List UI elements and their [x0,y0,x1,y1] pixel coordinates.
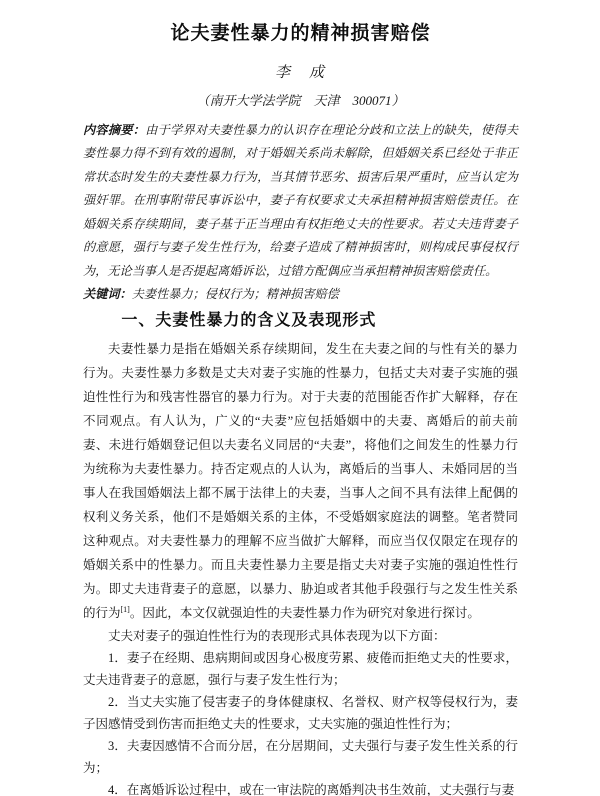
paragraph-definition: 夫妻性暴力是指在婚姻关系存续期间，发生在夫妻之间的与性有关的暴力行为。夫妻性暴力… [83,337,518,625]
paper-title: 论夫妻性暴力的精神损害赔偿 [83,22,518,47]
list-item-2: 2．当丈夫实施了侵害妻子的身体健康权、名誉权、财产权等侵权行为，妻子因感情受到伤… [83,691,518,735]
definition-text: 夫妻性暴力是指在婚姻关系存续期间，发生在夫妻之间的与性有关的暴力行为。夫妻性暴力… [83,342,518,620]
abstract-label: 内容摘要： [83,123,145,137]
citation-marker: [1] [121,605,130,614]
keywords-text: 夫妻性暴力；侵权行为；精神损害赔偿 [132,287,339,301]
abstract-text: 由于学界对夫妻性暴力的认识存在理论分歧和立法上的缺失，使得夫妻性暴力得不到有效的… [83,123,518,278]
keywords-label: 关键词： [83,287,132,301]
keywords: 关键词：夫妻性暴力；侵权行为；精神损害赔偿 [83,283,518,307]
affiliation: （南开大学法学院 天津 300071） [83,90,518,109]
list-item-4: 4．在离婚诉讼过程中，或在一审法院的离婚判决书生效前，丈夫强行与妻 [83,779,518,796]
list-item-3: 3．夫妻因感情不合而分居，在分居期间，丈夫强行与妻子发生性关系的行为； [83,735,518,779]
list-item-1: 1．妻子在经期、患病期间或因身心极度劳累、疲倦而拒绝丈夫的性要求，丈夫违背妻子的… [83,647,518,691]
author-name: 李 成 [83,61,518,82]
abstract: 内容摘要：由于学界对夫妻性暴力的认识存在理论分歧和立法上的缺失，使得夫妻性暴力得… [83,119,518,284]
paper-page: 论夫妻性暴力的精神损害赔偿 李 成 （南开大学法学院 天津 300071） 内容… [0,0,600,796]
definition-text-continued: 。因此，本文仅就强迫性的夫妻性暴力作为研究对象进行探讨。 [130,606,480,620]
section-heading: 一、夫妻性暴力的含义及表现形式 [121,311,518,332]
paragraph-forms-intro: 丈夫对妻子的强迫性性行为的表现形式具体表现为以下方面： [83,625,518,647]
